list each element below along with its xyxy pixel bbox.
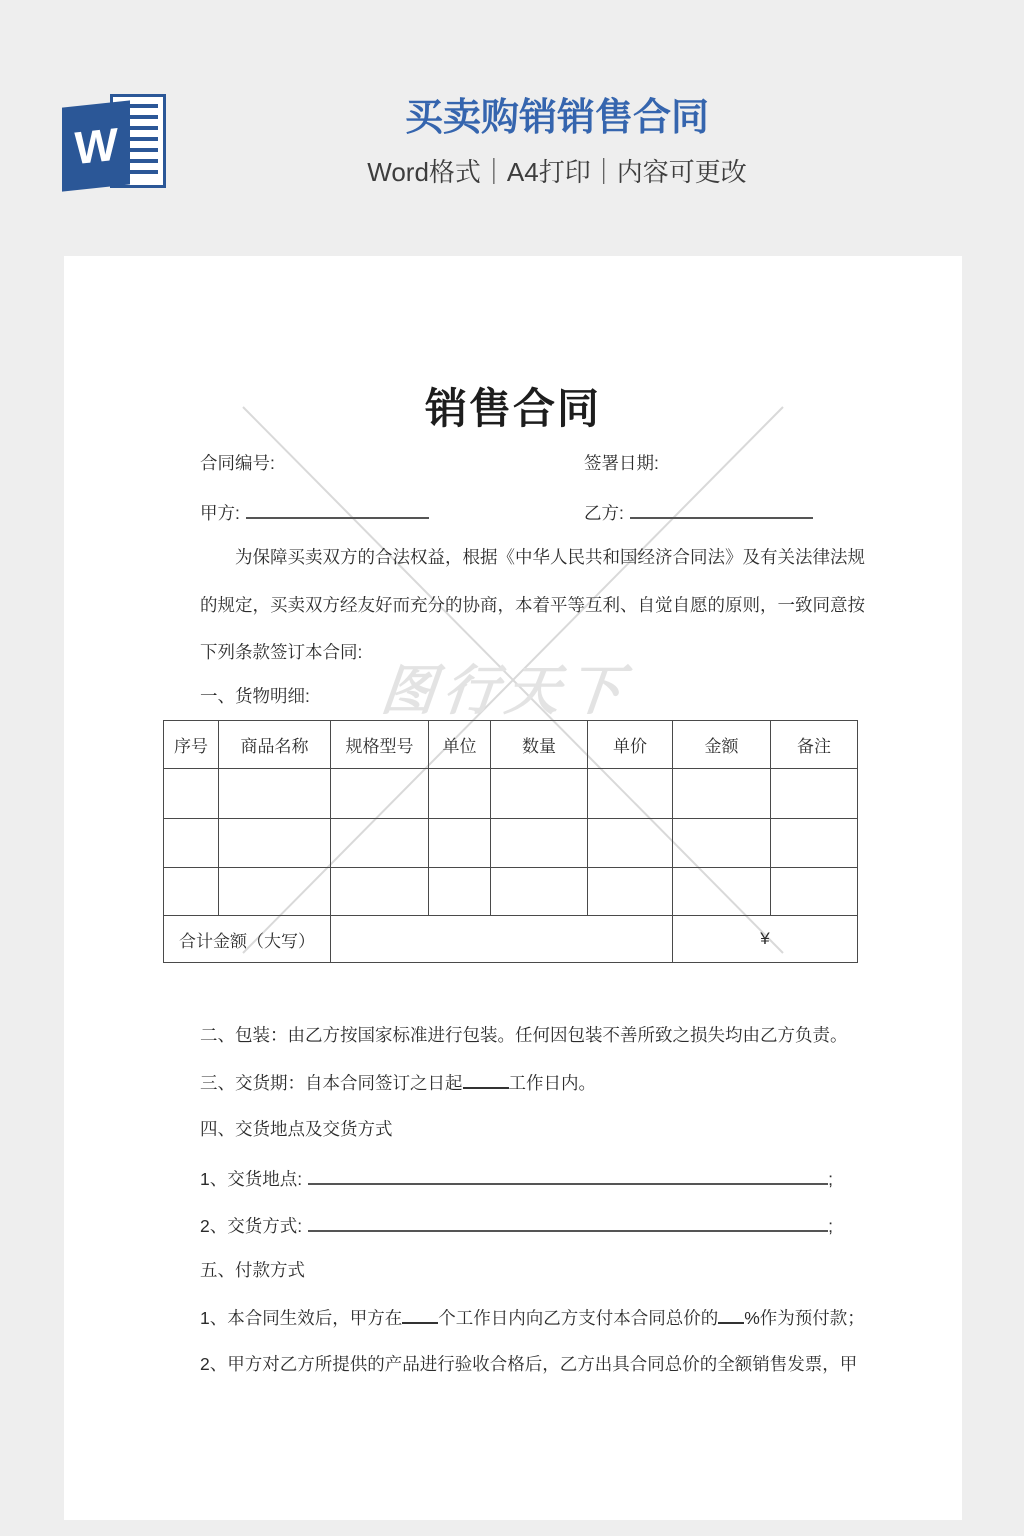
total-label: 合计金额（大写） — [164, 916, 331, 963]
empty-cell — [331, 868, 429, 916]
payment1-post: %作为预付款； — [744, 1308, 865, 1328]
section-delivery-heading: 四、交货地点及交货方式 — [200, 1117, 393, 1141]
empty-cell — [491, 819, 588, 868]
delivery-place-label: 1、交货地点: — [200, 1169, 302, 1189]
table-empty-row — [164, 868, 858, 916]
empty-cell — [673, 819, 771, 868]
table-empty-row — [164, 769, 858, 819]
document-page: 图行天下 销售合同 合同编号: 签署日期: 甲方: 乙方: 为保障买卖双方的合法… — [64, 256, 962, 1520]
empty-cell — [771, 769, 858, 819]
empty-cell — [331, 819, 429, 868]
delivery-method-row: 2、交货方式:; — [200, 1211, 833, 1238]
col-header-amount: 金额 — [673, 721, 771, 769]
party-b-label: 乙方: — [584, 503, 624, 523]
party-b-blank-line — [630, 498, 813, 519]
delivery-period-pre: 三、交货期：自本合同签订之日起 — [200, 1073, 463, 1093]
intro-line-1: 为保障买卖双方的合法权益，根据《中华人民共和国经济合同法》及有关法律法规 — [200, 545, 875, 569]
intro-line-2: 的规定，买卖双方经友好而充分的协商，本着平等互利、自觉自愿的原则，一致同意按 — [200, 593, 840, 617]
empty-cell — [771, 868, 858, 916]
party-a-label: 甲方: — [200, 503, 240, 523]
empty-cell — [164, 769, 219, 819]
word-icon-letter: W — [74, 121, 117, 172]
word-icon: W — [60, 88, 172, 196]
goods-heading: 一、货物明细: — [200, 684, 310, 708]
header-subtitle: Word格式｜A4打印｜内容可更改 — [200, 157, 914, 187]
payment-line-2: 2、甲方对乙方所提供的产品进行验收合格后，乙方出具合同总价的全额销售发票，甲 — [200, 1352, 857, 1376]
col-header-price: 单价 — [588, 721, 673, 769]
col-header-product: 商品名称 — [219, 721, 331, 769]
empty-cell — [429, 819, 491, 868]
delivery-method-blank-line — [308, 1211, 828, 1232]
empty-cell — [429, 868, 491, 916]
doc-title: 销售合同 — [64, 376, 962, 436]
header-title: 买卖购销销售合同 — [200, 96, 914, 140]
delivery-period-post: 工作日内。 — [509, 1073, 597, 1093]
payment1-blank-days — [402, 1305, 438, 1324]
party-a-group: 甲方: — [200, 498, 429, 525]
empty-cell — [219, 868, 331, 916]
party-b-group: 乙方: — [584, 498, 813, 525]
delivery-method-label: 2、交货方式: — [200, 1216, 302, 1236]
col-header-spec: 规格型号 — [331, 721, 429, 769]
col-header-seq: 序号 — [164, 721, 219, 769]
empty-cell — [491, 769, 588, 819]
total-amount-cell — [331, 916, 673, 963]
empty-cell — [491, 868, 588, 916]
empty-cell — [673, 868, 771, 916]
table-empty-row — [164, 819, 858, 868]
empty-cell — [588, 769, 673, 819]
table-total-row: 合计金额（大写） ¥ — [164, 916, 858, 963]
payment1-pre: 1、本合同生效后，甲方在 — [200, 1308, 402, 1328]
party-a-blank-line — [246, 498, 429, 519]
empty-cell — [588, 868, 673, 916]
line-suffix: ; — [828, 1169, 833, 1189]
empty-cell — [219, 819, 331, 868]
sign-date-label: 签署日期: — [584, 451, 659, 475]
delivery-period-blank — [463, 1070, 509, 1089]
empty-cell — [588, 819, 673, 868]
line-suffix: ; — [828, 1216, 833, 1236]
intro-line-3: 下列条款签订本合同: — [200, 640, 840, 664]
payment1-mid: 个工作日内向乙方支付本合同总价的 — [438, 1308, 718, 1328]
section-packing: 二、包装：由乙方按国家标准进行包装。任何因包装不善所致之损失均由乙方负责。 — [200, 1023, 848, 1047]
currency-symbol: ¥ — [673, 916, 858, 963]
empty-cell — [164, 868, 219, 916]
delivery-place-blank-line — [308, 1164, 828, 1185]
empty-cell — [429, 769, 491, 819]
table-header-row: 序号 商品名称 规格型号 单位 数量 单价 金额 备注 — [164, 721, 858, 769]
empty-cell — [771, 819, 858, 868]
goods-table: 序号 商品名称 规格型号 单位 数量 单价 金额 备注 合计金额（大写） ¥ — [163, 720, 858, 963]
empty-cell — [219, 769, 331, 819]
delivery-place-row: 1、交货地点:; — [200, 1164, 833, 1191]
empty-cell — [331, 769, 429, 819]
word-icon-w-block: W — [62, 100, 130, 191]
section-payment-heading: 五、付款方式 — [200, 1258, 305, 1282]
col-header-unit: 单位 — [429, 721, 491, 769]
empty-cell — [164, 819, 219, 868]
header-title-block: 买卖购销销售合同 Word格式｜A4打印｜内容可更改 — [200, 96, 914, 187]
empty-cell — [673, 769, 771, 819]
col-header-qty: 数量 — [491, 721, 588, 769]
section-delivery-period: 三、交货期：自本合同签订之日起工作日内。 — [200, 1070, 596, 1095]
payment-line-1: 1、本合同生效后，甲方在个工作日内向乙方支付本合同总价的%作为预付款； — [200, 1305, 865, 1330]
col-header-remark: 备注 — [771, 721, 858, 769]
contract-no-label: 合同编号: — [200, 451, 275, 475]
payment1-blank-percent — [718, 1305, 744, 1324]
